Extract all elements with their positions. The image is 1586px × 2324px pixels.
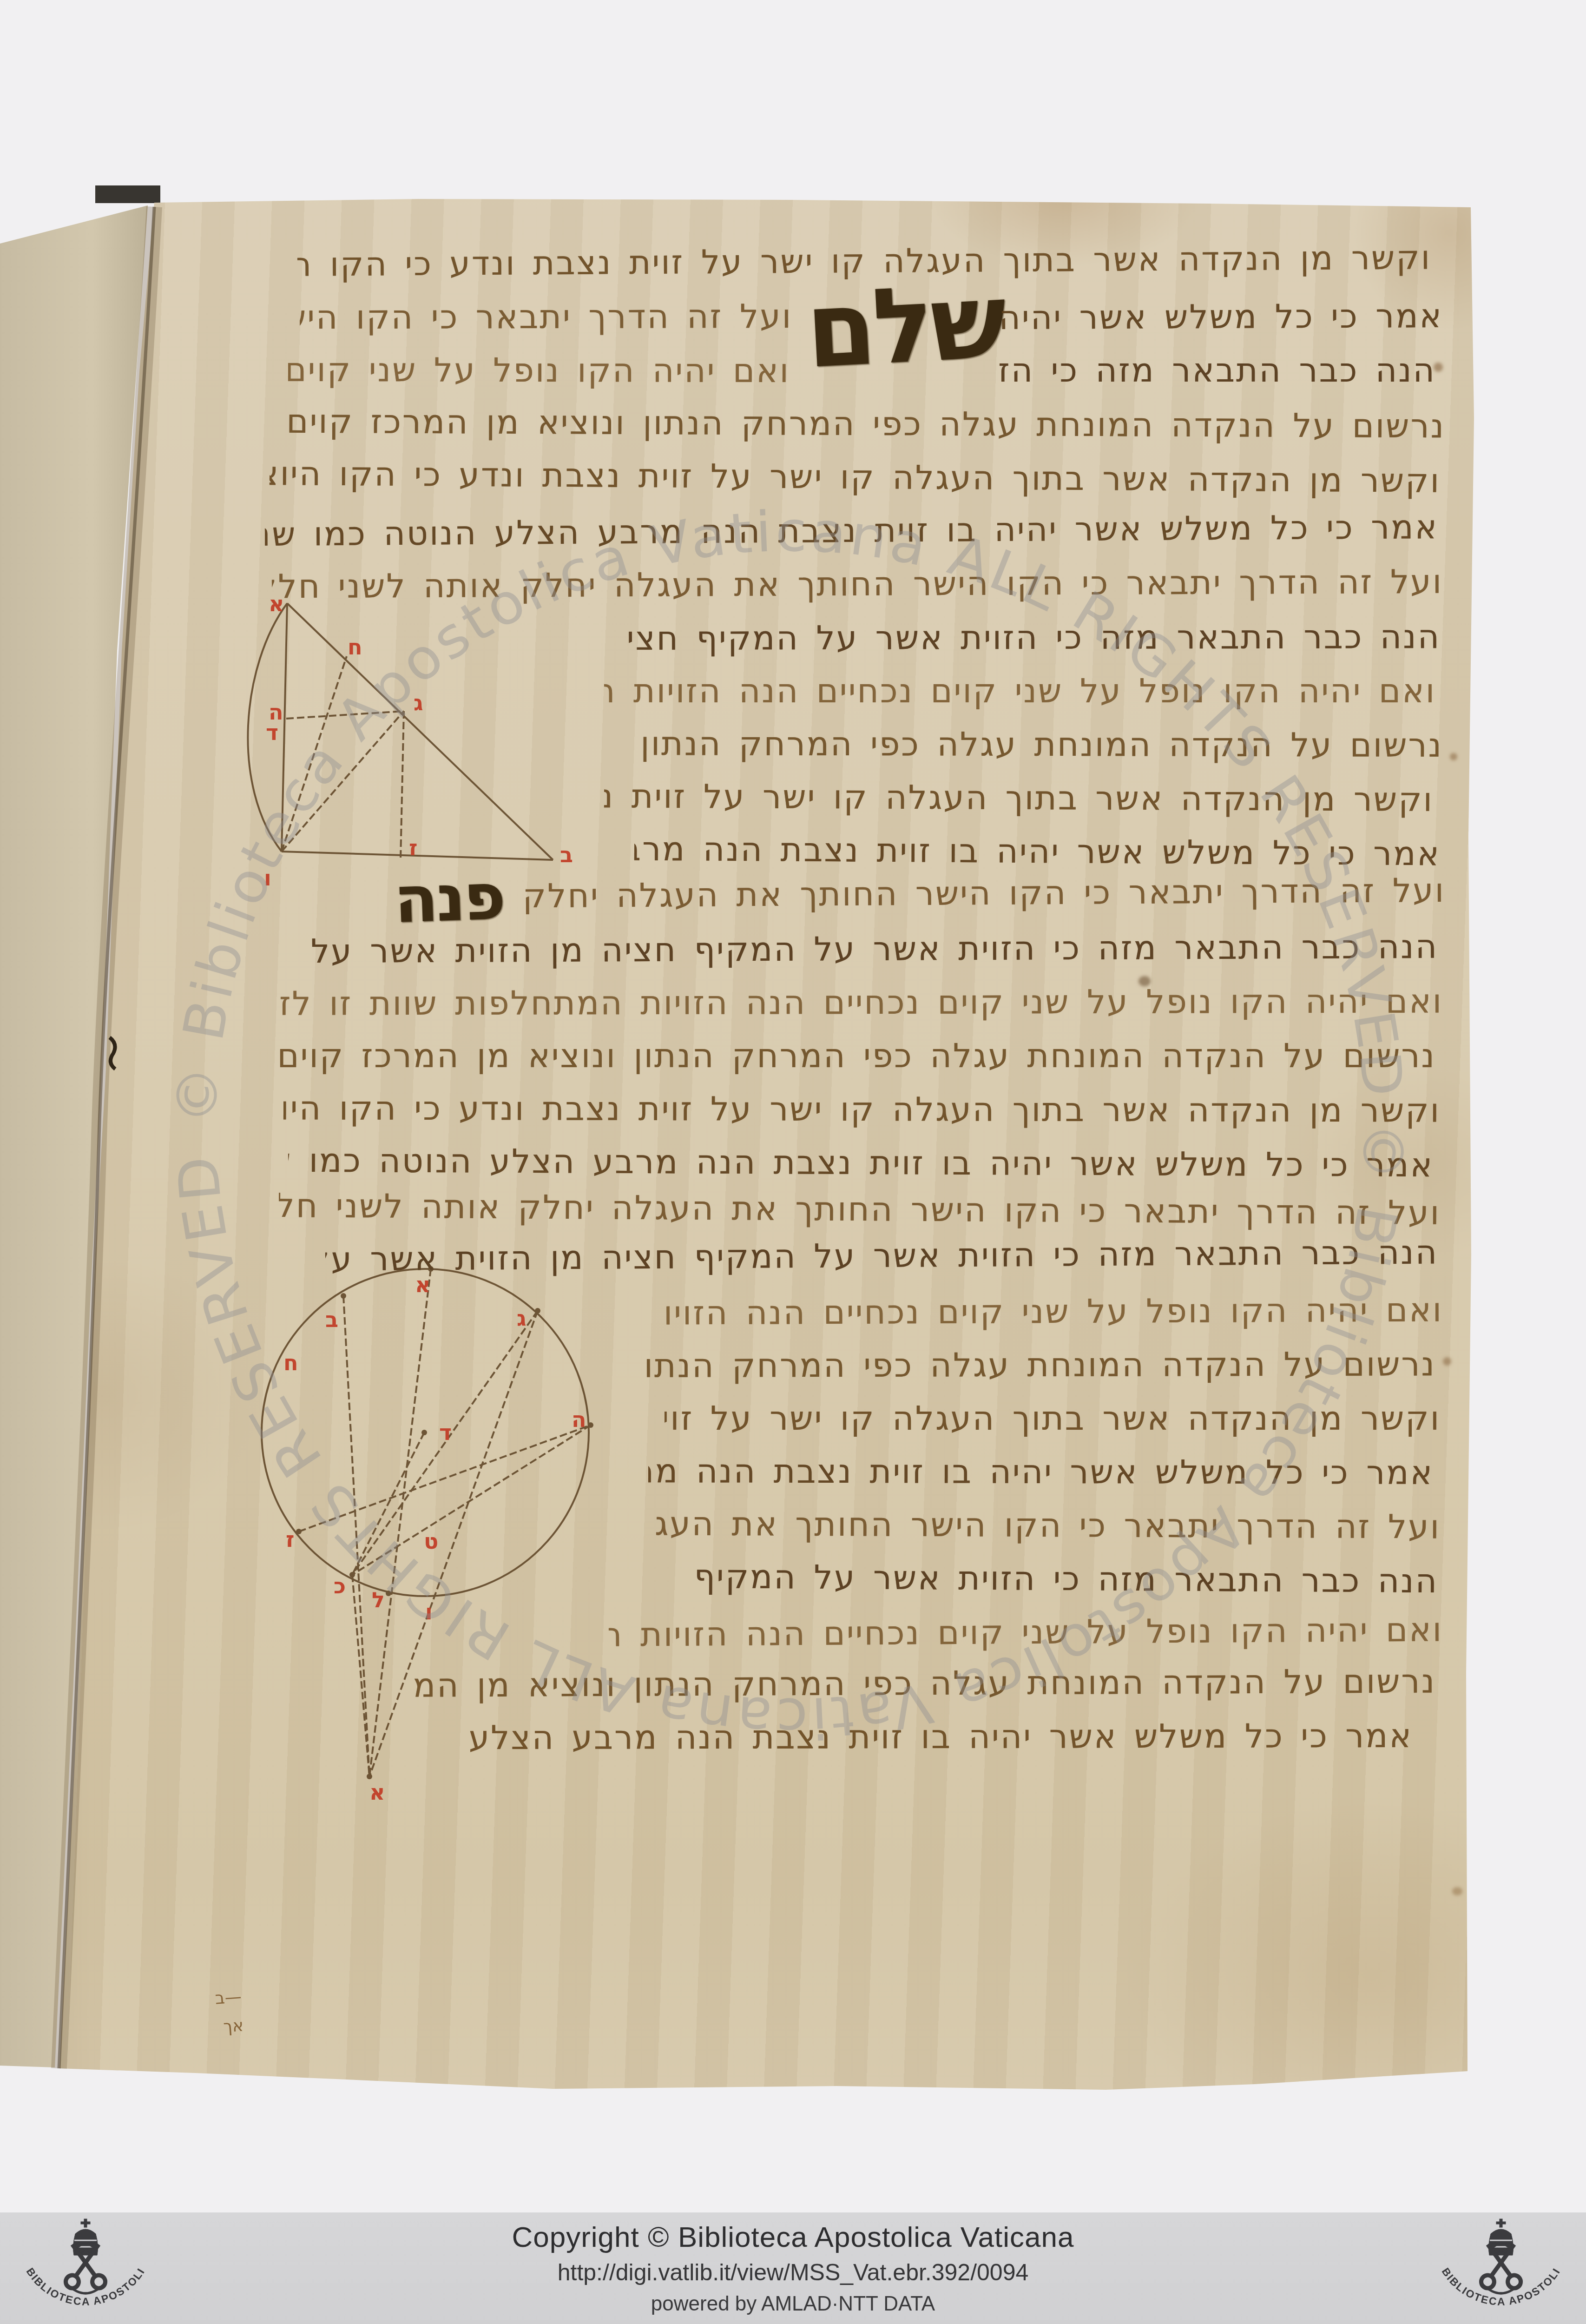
diagram-point-label: ב (325, 1307, 338, 1332)
footer-copyright-line: Copyright © Biblioteca Apostolica Vatica… (0, 2221, 1586, 2254)
crossed-keys-tiara-icon (62, 2219, 109, 2293)
copyright-watermark-ring: © Biblioteca Apostolica Vaticana ALL RIG… (164, 500, 1415, 1750)
diagram-point-label: ט (424, 1529, 438, 1554)
diagram-point-label: כ (334, 1573, 346, 1598)
diagram-point-label: ג (517, 1306, 526, 1331)
diagram-overlay: אחגהדוזבאבגדהחזכלוטא © Biblioteca Aposto… (0, 0, 1586, 2212)
diagram-point-label: א (269, 591, 284, 616)
diagram-point-label: ד (266, 720, 278, 745)
crossed-keys-tiara-icon (1477, 2219, 1524, 2293)
footer-bar: Copyright © Biblioteca Apostolica Vatica… (0, 2212, 1586, 2324)
diagram-point-label: ח (348, 634, 362, 660)
diagram-point-label: ד (439, 1420, 452, 1445)
diagram-point-label: ז (286, 1527, 294, 1552)
footer-url: http://digi.vatlib.it/view/MSS_Vat.ebr.3… (0, 2259, 1586, 2286)
binding-crease (59, 207, 154, 2068)
diagram-point-label: ז (409, 835, 417, 860)
vatican-library-logo-right: BIBLIOTECA APOSTOLICA VATICANA (1431, 2216, 1571, 2322)
footer-powered-by: powered by AMLAD·NTT DATA (0, 2292, 1586, 2316)
diagram-point-label: ה (572, 1407, 586, 1432)
vatican-library-logo-left: BIBLIOTECA APOSTOLICA VATICANA (16, 2216, 155, 2322)
diagram-point-label: ב (560, 842, 573, 867)
diagram-point-label: א (415, 1272, 431, 1297)
diagram-point-label: א (369, 1780, 385, 1805)
